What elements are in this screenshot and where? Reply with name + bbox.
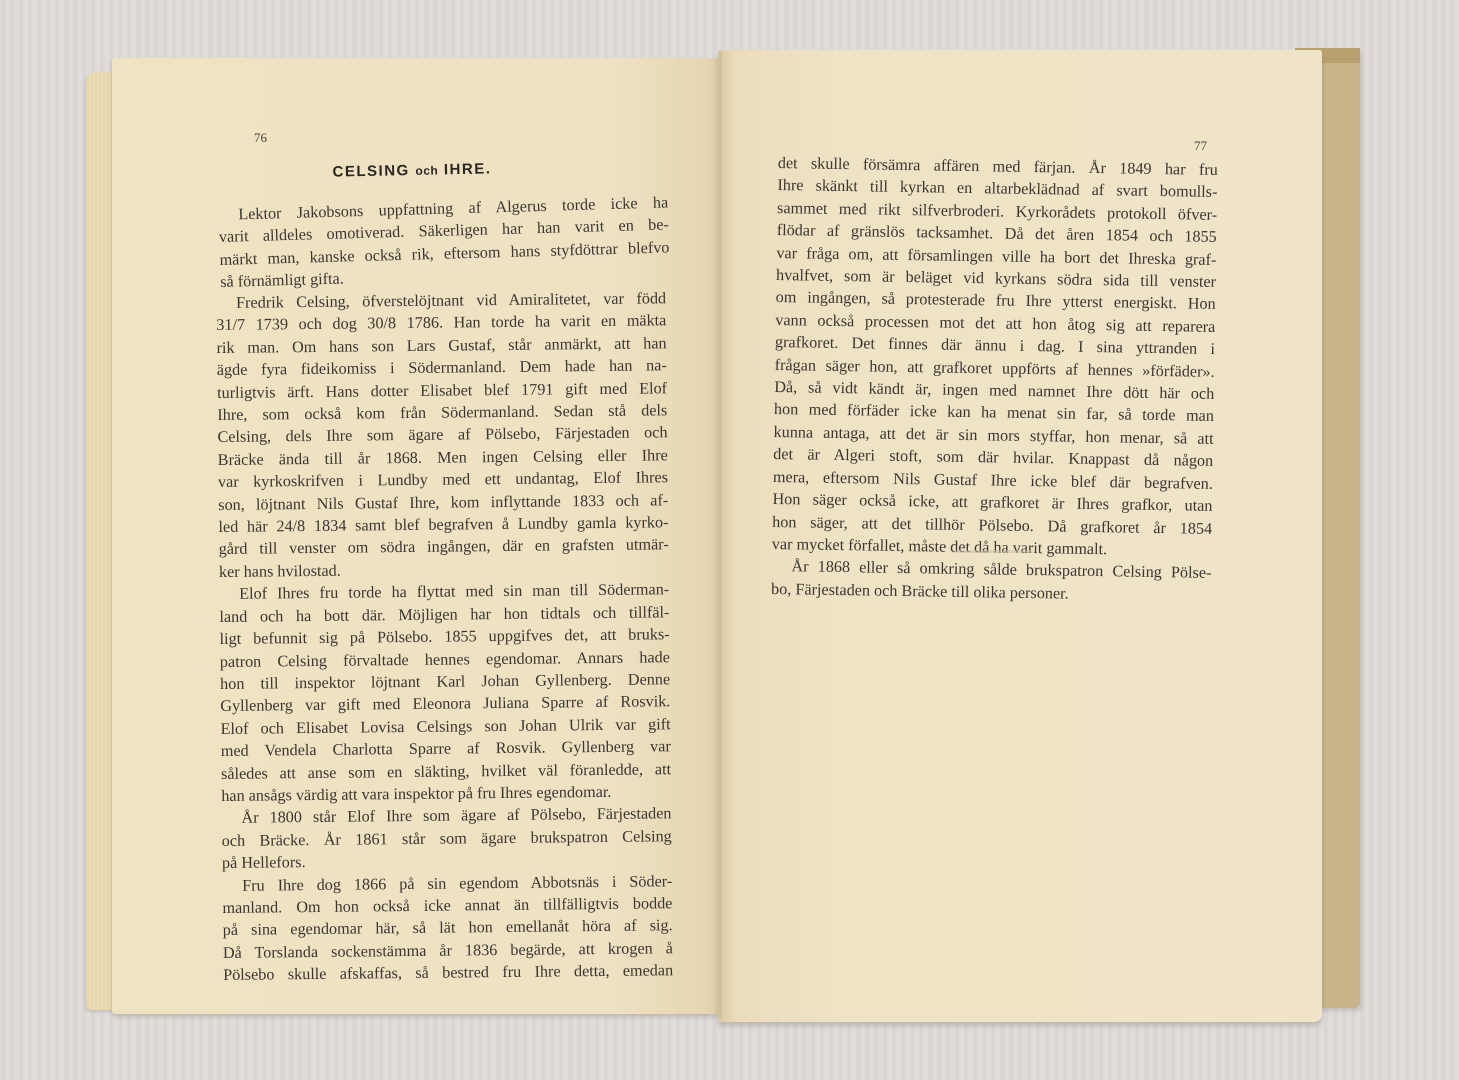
open-book: 76 CELSING och IHRE. Lektor Jakobsons up…: [0, 0, 1459, 1080]
paragraph-4: År 1800 står Elof Ihre som ägare af Pöls…: [221, 803, 672, 875]
text-line: gård till venster om södra ingången, där…: [219, 534, 669, 561]
paragraph-1: Lektor Jakobsons uppfattning af Algerus …: [218, 191, 670, 293]
paragraph-5: Fru Ihre dog 1866 på sin egendom Abbotsn…: [222, 870, 673, 987]
page-number-left: 76: [254, 130, 267, 146]
body-text-right: det skulle försämra affären med färjan. …: [771, 152, 1218, 607]
chapter-title-part2: och: [415, 163, 438, 177]
right-page: 77 det skulle försämra affären med färja…: [718, 50, 1322, 1022]
chapter-title: CELSING och IHRE.: [262, 159, 562, 182]
paragraph-3: Elof Ihres fru torde ha flyttat med sin …: [219, 579, 671, 808]
page-number-right: 77: [1194, 138, 1207, 154]
chapter-title-part1: CELSING: [332, 162, 410, 181]
paragraph-continued: det skulle försämra affären med färjan. …: [772, 152, 1218, 562]
chapter-title-part3: IHRE.: [444, 160, 492, 178]
text-line: Pölsebo skulle afskaffas, så bestred fru…: [223, 959, 673, 986]
left-page: 76 CELSING och IHRE. Lektor Jakobsons up…: [112, 58, 724, 1014]
book-spine: [719, 52, 722, 1018]
body-text: Fredrik Celsing, öfverstelöjtnant vid Am…: [216, 287, 673, 986]
paragraph-final: År 1868 eller så omkring sålde brukspatr…: [771, 555, 1212, 607]
paper-smudge: [953, 550, 1033, 553]
paragraph-2: Fredrik Celsing, öfverstelöjtnant vid Am…: [216, 287, 669, 583]
